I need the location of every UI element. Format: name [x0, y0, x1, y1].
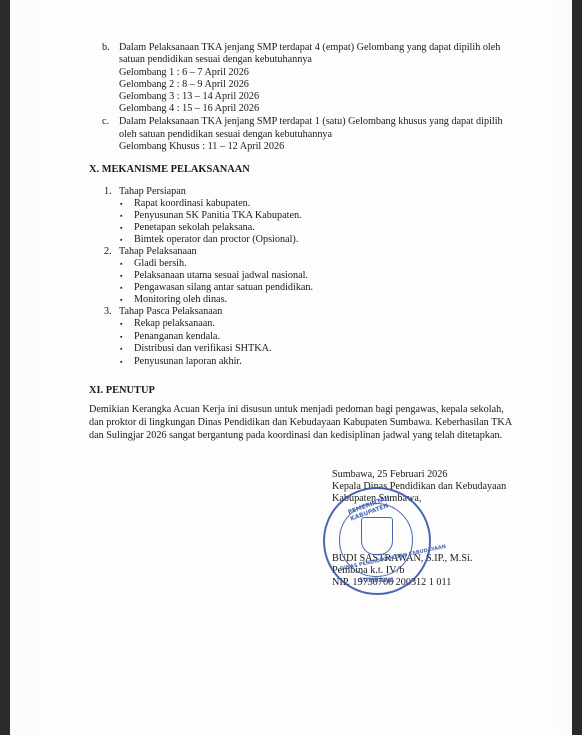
shield-emblem-icon — [361, 517, 393, 555]
section-x-title: X. MEKANISME PELAKSANAAN — [89, 164, 250, 176]
wave-2: Gelombang 2 : 8 – 9 April 2026 — [119, 79, 249, 91]
bullet-item: Distribusi dan verifikasi SHTKA. — [134, 343, 272, 355]
bullet-item: Bimtek operator dan proctor (Opsional). — [134, 234, 298, 246]
bullet-item: Penanganan kendala. — [134, 331, 220, 343]
text-line: Dalam Pelaksanaan TKA jenjang SMP terdap… — [119, 116, 503, 128]
text-line: Dalam Pelaksanaan TKA jenjang SMP terdap… — [119, 42, 500, 54]
bullet-item: Rekap pelaksanaan. — [134, 318, 215, 330]
paragraph-line: Demikian Kerangka Acuan Kerja ini disusu… — [89, 404, 504, 416]
bullet-item: Monitoring oleh dinas. — [134, 294, 227, 306]
bullet-item: Rapat koordinasi kabupaten. — [134, 198, 250, 210]
paragraph-line: dan proktor di lingkungan Dinas Pendidik… — [89, 417, 512, 429]
item-label: c. — [102, 116, 109, 128]
place-date: Sumbawa, 25 Februari 2026 — [332, 469, 447, 481]
bullet-item: Penyusunan laporan akhir. — [134, 356, 242, 368]
stage-label: 3. — [104, 306, 112, 318]
text-line: oleh satuan pendidikan sesuai dengan keb… — [119, 129, 332, 141]
bullet-item: Pelaksanaan utama sesuai jadwal nasional… — [134, 270, 308, 282]
text-line: satuan pendidikan sesuai dengan kebutuha… — [119, 54, 312, 66]
paragraph-line: dan Sulingjar 2026 sangat bergantung pad… — [89, 430, 502, 442]
stage-title: Tahap Pasca Pelaksanaan — [119, 306, 222, 318]
official-stamp-icon: PEMERINTAH KABUPATEN SUMBAWA DINAS PENDI… — [323, 487, 431, 595]
stage-title: Tahap Persiapan — [119, 186, 186, 198]
stamp-bottom-text: SUMBAWA — [359, 577, 394, 584]
stage-title: Tahap Pelaksanaan — [119, 246, 197, 258]
bullet-item: Pengawasan silang antar satuan pendidika… — [134, 282, 313, 294]
special-wave: Gelombang Khusus : 11 – 12 April 2026 — [119, 141, 284, 153]
stage-label: 1. — [104, 186, 112, 198]
stage-label: 2. — [104, 246, 112, 258]
section-xi-title: XI. PENUTUP — [89, 385, 155, 397]
wave-4: Gelombang 4 : 15 – 16 April 2026 — [119, 103, 259, 115]
wave-1: Gelombang 1 : 6 – 7 April 2026 — [119, 67, 249, 79]
bullet-item: Penetapan sekolah pelaksana. — [134, 222, 255, 234]
bullet-item: Penyusunan SK Panitia TKA Kabupaten. — [134, 210, 302, 222]
wave-3: Gelombang 3 : 13 – 14 April 2026 — [119, 91, 259, 103]
item-label: b. — [102, 42, 110, 54]
bullet-item: Gladi bersih. — [134, 258, 187, 270]
document-page: b. Dalam Pelaksanaan TKA jenjang SMP ter… — [10, 0, 572, 735]
